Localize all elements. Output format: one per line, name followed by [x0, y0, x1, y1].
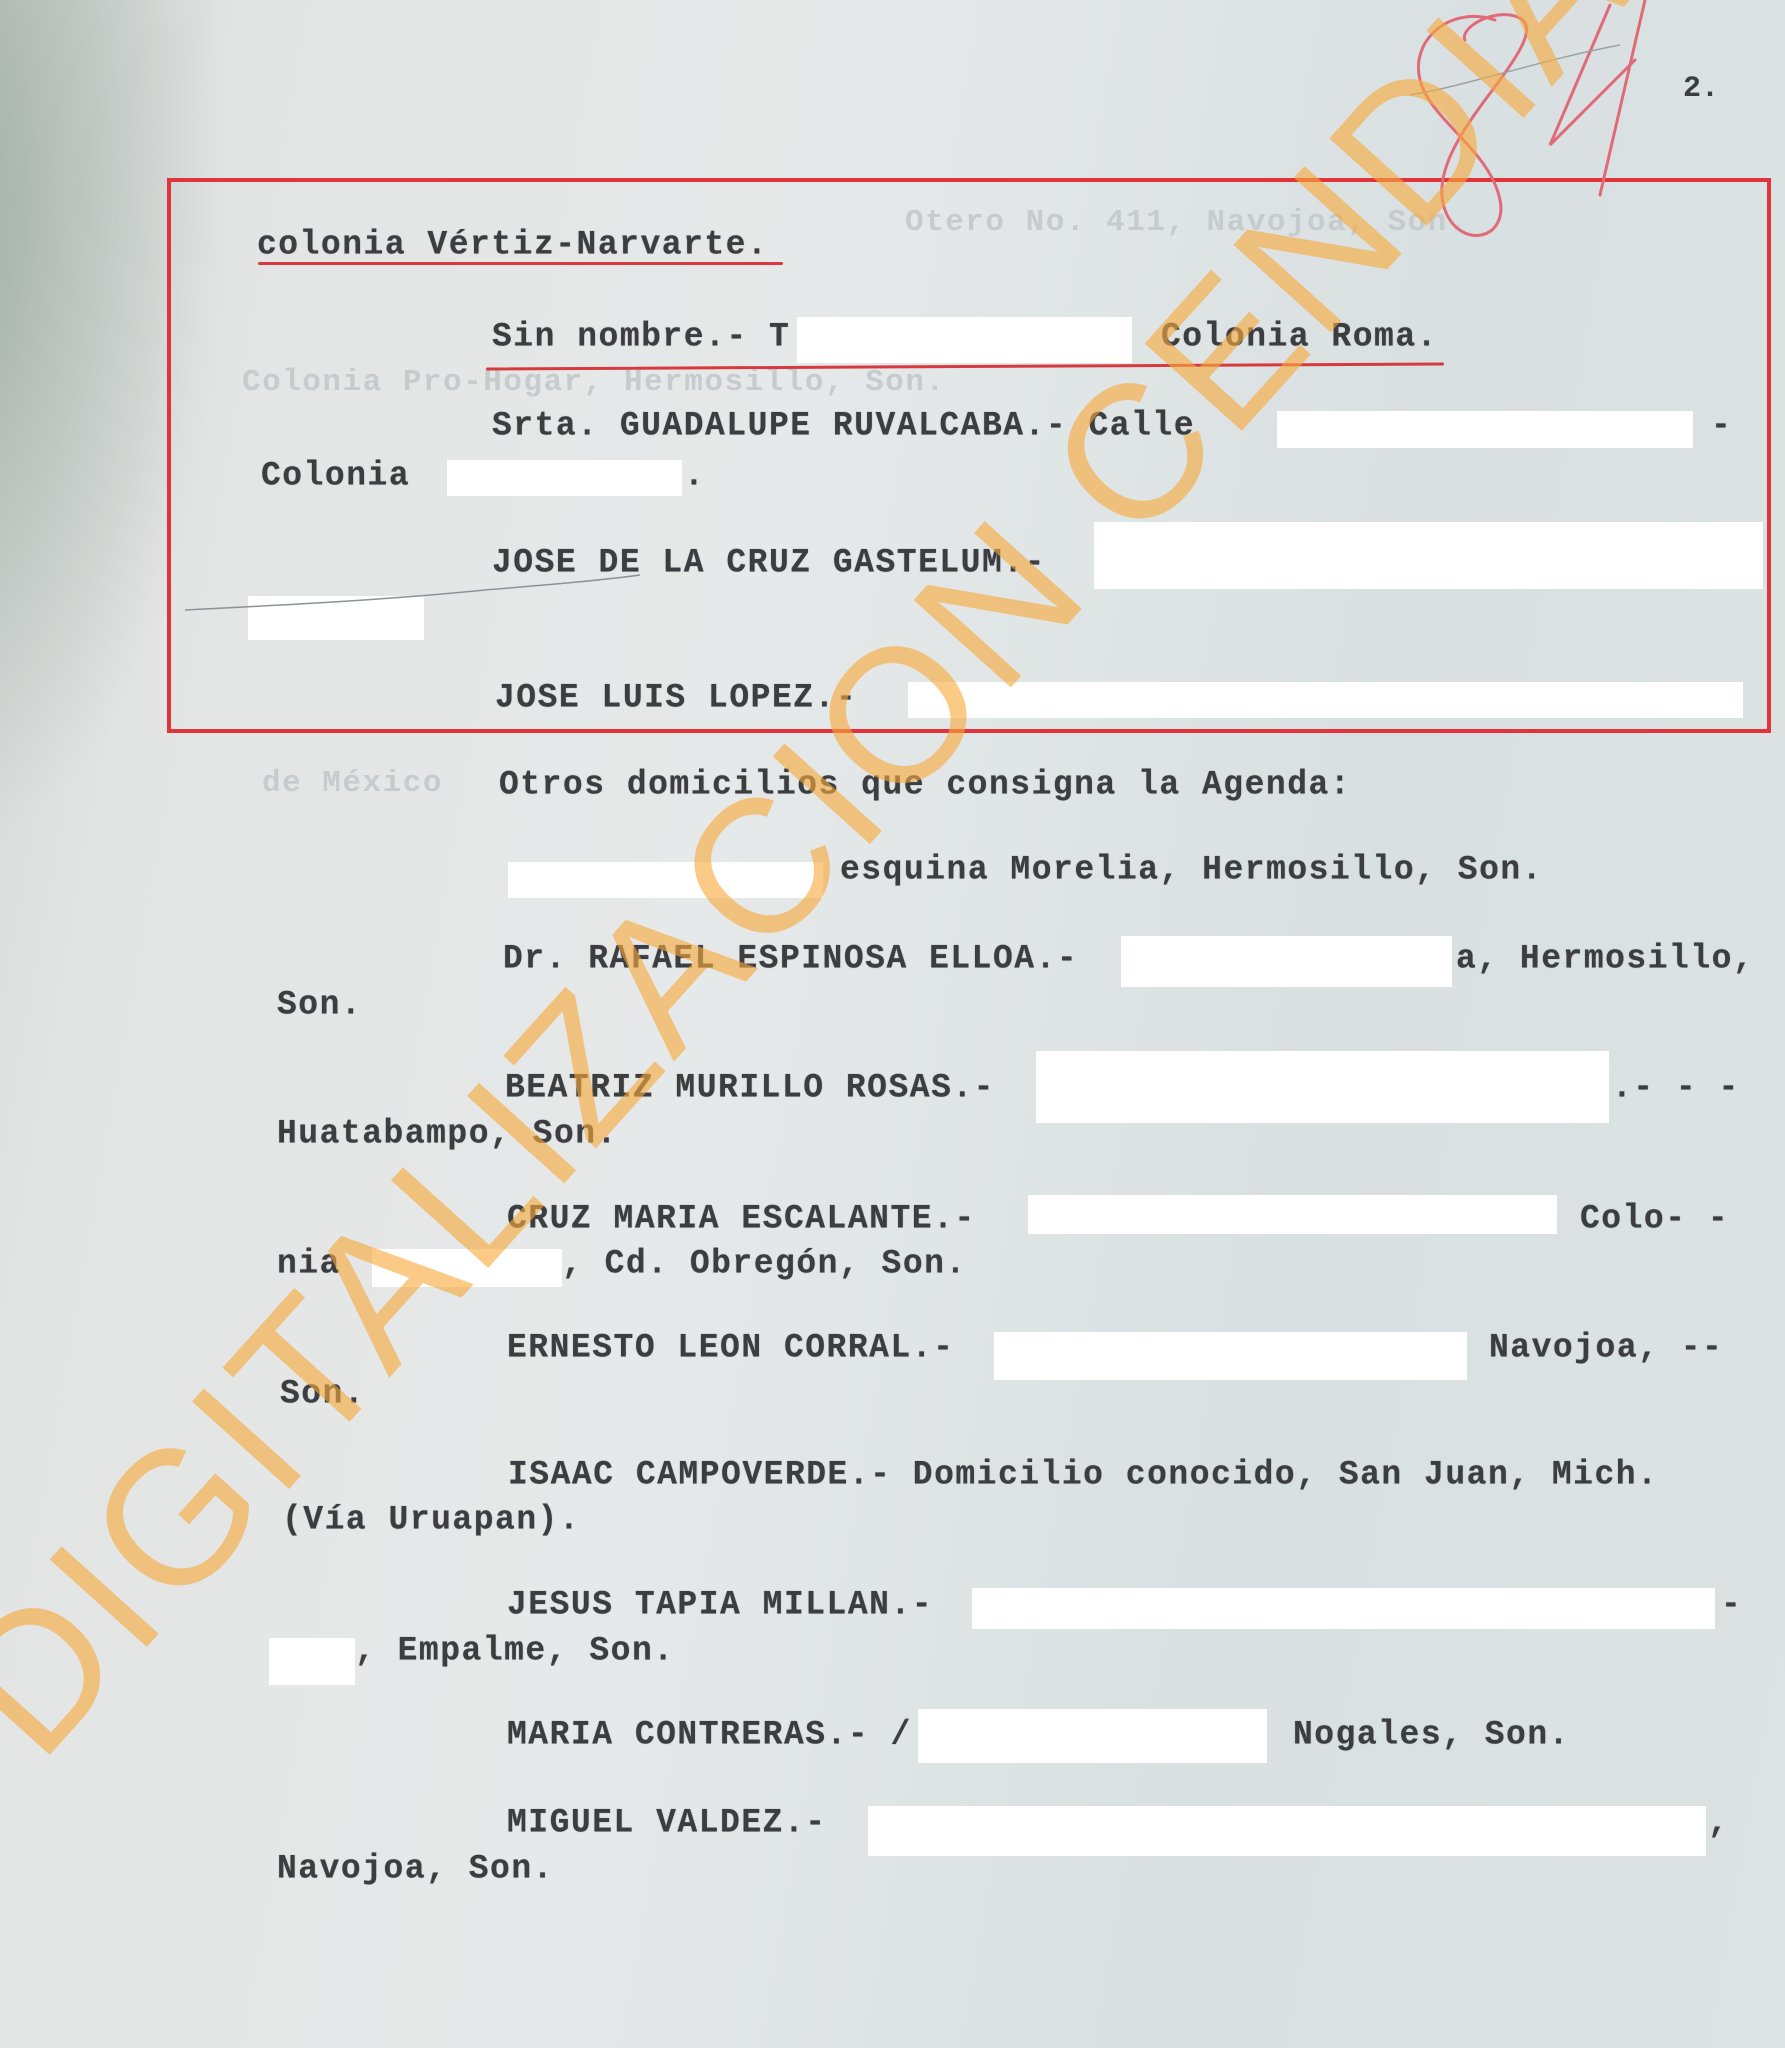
redaction [994, 1332, 1467, 1380]
redaction [1277, 411, 1693, 448]
page-number: 2. [1683, 72, 1719, 106]
redaction [447, 460, 682, 496]
colonia-line: Colonia [261, 458, 410, 493]
other-addresses-heading: Otros domicilios que consigna la Agenda: [499, 767, 1351, 802]
guadalupe-line: Srta. GUADALUPE RUVALCABA.- Calle [492, 408, 1195, 443]
redaction [868, 1806, 1706, 1856]
bleed-through-text: de México [262, 766, 443, 801]
redaction [248, 596, 424, 640]
morelia-line: esquina Morelia, Hermosillo, Son. [840, 852, 1543, 887]
redaction [1121, 936, 1452, 987]
escalante-tail: Colo- - [1580, 1201, 1729, 1236]
document-page: Otero No. 411, Navojoa, Son. Colonia Pro… [0, 0, 1785, 2048]
redaction [908, 682, 1743, 718]
murillo-line: BEATRIZ MURILLO ROSAS.- [505, 1070, 995, 1105]
lopez-line: JOSE LUIS LOPEZ.- [495, 680, 857, 715]
contreras-tail: Nogales, Son. [1293, 1717, 1570, 1752]
murillo-tail: .- - - [1612, 1070, 1740, 1105]
espinosa-line: Dr. RAFAEL ESPINOSA ELLOA.- [503, 941, 1078, 976]
sin-nombre-line: Sin nombre.- T [492, 319, 790, 354]
murillo-continuation: Huatabampo, Son. [277, 1116, 618, 1151]
redaction [508, 862, 823, 898]
redaction [797, 317, 1132, 363]
tapia-continuation: , Empalme, Son. [355, 1633, 675, 1668]
redaction [918, 1709, 1267, 1763]
gastelum-line: JOSE DE LA CRUZ GASTELUM.- [492, 545, 1046, 580]
redaction [1036, 1051, 1609, 1123]
corral-tail: Navojoa, -- [1489, 1330, 1723, 1365]
redaction [1028, 1195, 1557, 1234]
campoverde-continuation: (Vía Uruapan). [282, 1502, 580, 1537]
sin-nombre-tail: Colonia Roma. [1161, 319, 1438, 354]
valdez-line: MIGUEL VALDEZ.- [507, 1805, 827, 1840]
red-underline [258, 262, 783, 265]
redaction [1094, 522, 1763, 589]
redaction [269, 1638, 355, 1685]
valdez-continuation: Navojoa, Son. [277, 1851, 554, 1886]
escalante-continuation-tail: , Cd. Obregón, Son. [562, 1246, 967, 1281]
espinosa-tail: a, Hermosillo, [1456, 941, 1754, 976]
campoverde-line: ISAAC CAMPOVERDE.- Domicilio conocido, S… [508, 1457, 1658, 1492]
guadalupe-tail: - [1711, 408, 1732, 443]
corral-continuation: Son. [280, 1376, 365, 1411]
escalante-continuation: nia [277, 1246, 341, 1281]
espinosa-continuation: Son. [277, 987, 362, 1022]
escalante-line: CRUZ MARIA ESCALANTE.- [507, 1201, 976, 1236]
redaction [972, 1588, 1715, 1629]
valdez-tail: , [1708, 1805, 1729, 1840]
corral-line: ERNESTO LEON CORRAL.- [507, 1330, 954, 1365]
redaction [372, 1249, 562, 1287]
colonia-tail: . [684, 458, 705, 493]
tapia-line: JESUS TAPIA MILLAN.- [507, 1587, 933, 1622]
colonia-vertiz-line: colonia Vértiz-Narvarte. [257, 227, 768, 262]
contreras-line: MARIA CONTRERAS.- / [507, 1717, 912, 1752]
tapia-tail: - [1721, 1587, 1742, 1622]
